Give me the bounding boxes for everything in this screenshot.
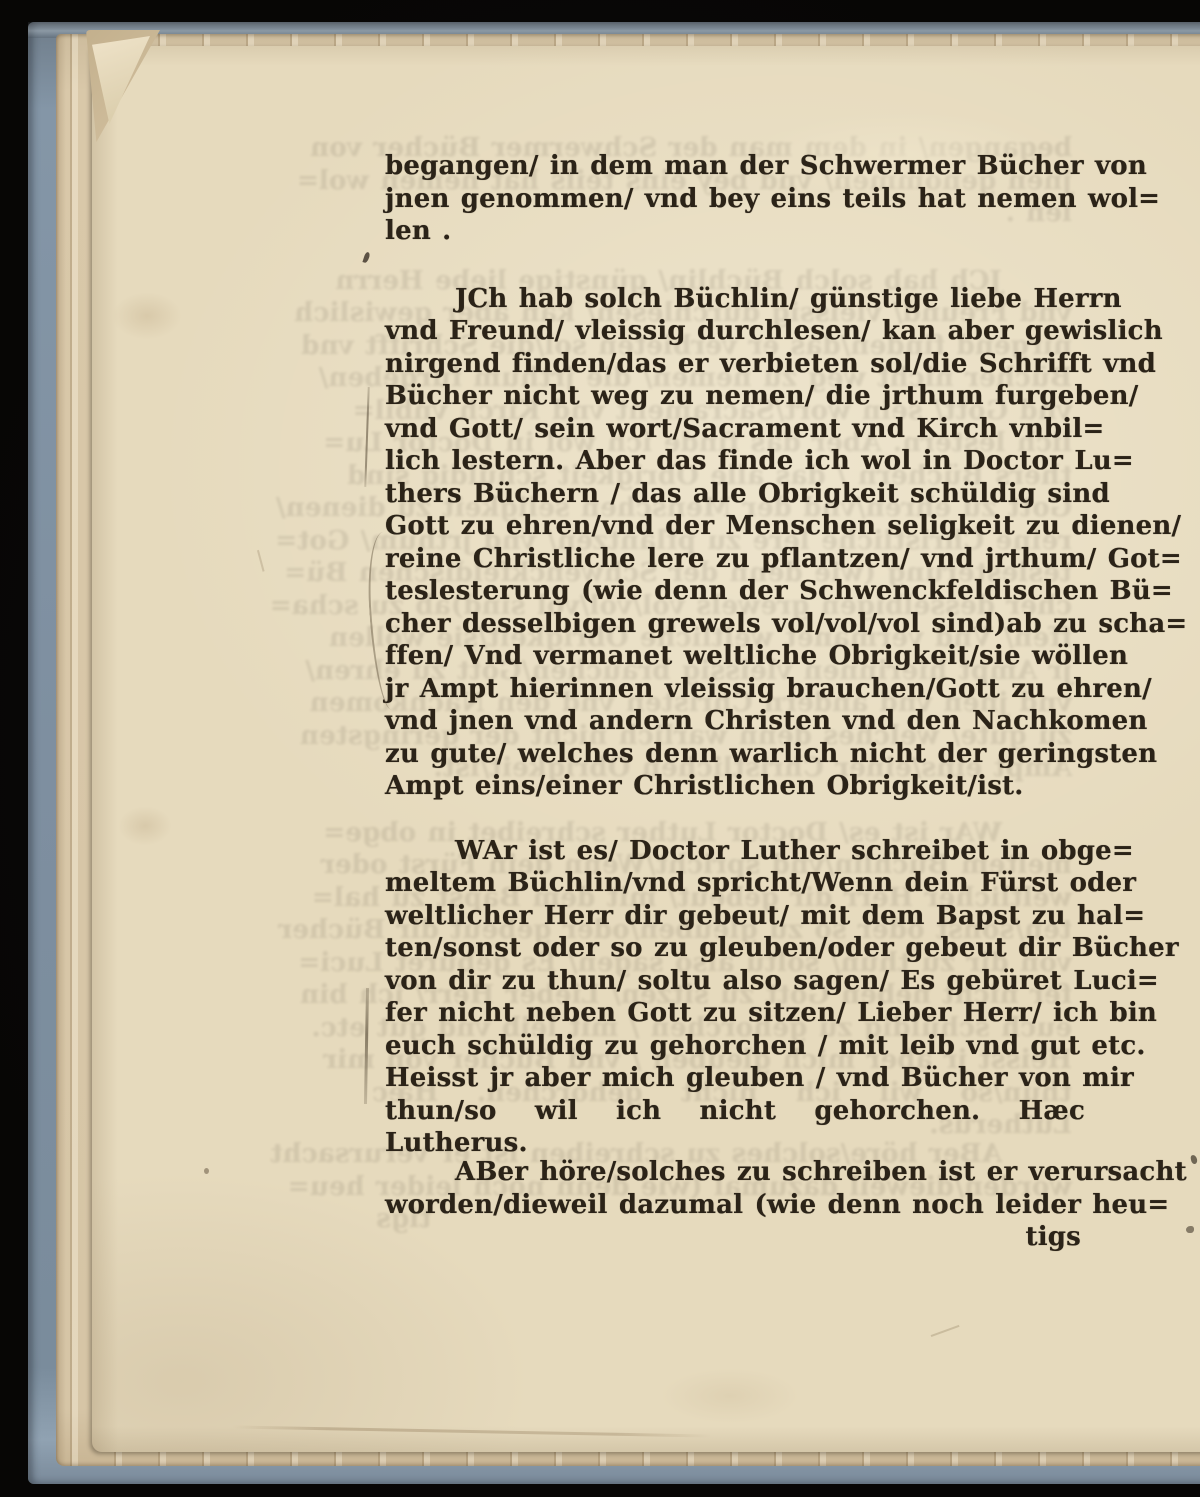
photo-background: begangen/ in dem man der Schwermer Büche… bbox=[0, 0, 1200, 1497]
text-line: Gott zu ehren/vnd der Menschen seligkeit… bbox=[385, 510, 1085, 543]
ink-speck bbox=[204, 1168, 209, 1174]
text-line: weltlicher Herr dir gebeut/ mit dem Baps… bbox=[385, 900, 1085, 933]
paragraph: begangen/ in dem man der Schwermer Büche… bbox=[385, 150, 1085, 248]
text-line: WAr ist es/ Doctor Luther schreibet in o… bbox=[385, 835, 1085, 868]
text-line: ABer höre/solches zu schreiben ist er ve… bbox=[385, 1156, 1085, 1189]
text-line: jr Ampt hierinnen vleissig brauchen/Gott… bbox=[385, 673, 1085, 706]
paragraph: JCh hab solch Büchlin/ günstige liebe He… bbox=[385, 283, 1085, 803]
text-line: thers Büchern / das alle Obrigkeit schül… bbox=[385, 478, 1085, 511]
paragraph: ABer höre/solches zu schreiben ist er ve… bbox=[385, 1156, 1085, 1254]
paper-stain bbox=[112, 292, 182, 340]
text-line: nirgend finden/das er verbieten sol/die … bbox=[385, 348, 1085, 381]
ink-speck bbox=[1186, 1226, 1194, 1233]
text-line: worden/dieweil dazumal (wie denn noch le… bbox=[385, 1189, 1085, 1222]
text-line: Heisst jr aber mich gleuben / vnd Bücher… bbox=[385, 1062, 1085, 1095]
paper-stain bbox=[660, 1368, 800, 1424]
text-line: thun/so wil ich nicht gehorchen. Hæc Lut… bbox=[385, 1095, 1085, 1128]
text-line: begangen/ in dem man der Schwermer Büche… bbox=[385, 150, 1085, 183]
paragraph: WAr ist es/ Doctor Luther schreibet in o… bbox=[385, 835, 1085, 1128]
paper-stain bbox=[118, 806, 172, 846]
text-line: JCh hab solch Büchlin/ günstige liebe He… bbox=[385, 283, 1085, 316]
text-line: fer nicht neben Gott zu sitzen/ Lieber H… bbox=[385, 997, 1085, 1030]
text-line: vnd Gott/ sein wort/Sacrament vnd Kirch … bbox=[385, 413, 1085, 446]
text-line: meltem Büchlin/vnd spricht/Wenn dein Für… bbox=[385, 867, 1085, 900]
text-line: Ampt eins/einer Christlichen Obrigkeit/i… bbox=[385, 770, 1085, 803]
text-line: zu gute/ welches denn warlich nicht der … bbox=[385, 738, 1085, 771]
text-line: ten/sonst oder so zu gleuben/oder gebeut… bbox=[385, 932, 1085, 965]
text-line: teslesterung (wie denn der Schwenckfeldi… bbox=[385, 575, 1085, 608]
text-line: vnd jnen vnd andern Christen vnd den Nac… bbox=[385, 705, 1085, 738]
text-line: lich lestern. Aber das finde ich wol in … bbox=[385, 445, 1085, 478]
text-column: begangen/ in dem man der Schwermer Büche… bbox=[385, 150, 1085, 1254]
text-line: reine Christliche lere zu pflantzen/ vnd… bbox=[385, 543, 1085, 576]
text-line: len . bbox=[385, 215, 1085, 248]
text-line: Bücher nicht weg zu nemen/ die jrthum fu… bbox=[385, 380, 1085, 413]
text-line: cher desselbigen grewels vol/vol/vol sin… bbox=[385, 608, 1085, 641]
text-line: vnd Freund/ vleissig durchlesen/ kan abe… bbox=[385, 315, 1085, 348]
text-line: tigs bbox=[385, 1221, 1085, 1254]
text-line: jnen genommen/ vnd bey eins teils hat ne… bbox=[385, 183, 1085, 216]
text-line: ffen/ Vnd vermanet weltliche Obrigkeit/s… bbox=[385, 640, 1085, 673]
text-line: euch schüldig zu gehorchen / mit leib vn… bbox=[385, 1030, 1085, 1063]
text-line: von dir zu thun/ soltu also sagen/ Es ge… bbox=[385, 965, 1085, 998]
